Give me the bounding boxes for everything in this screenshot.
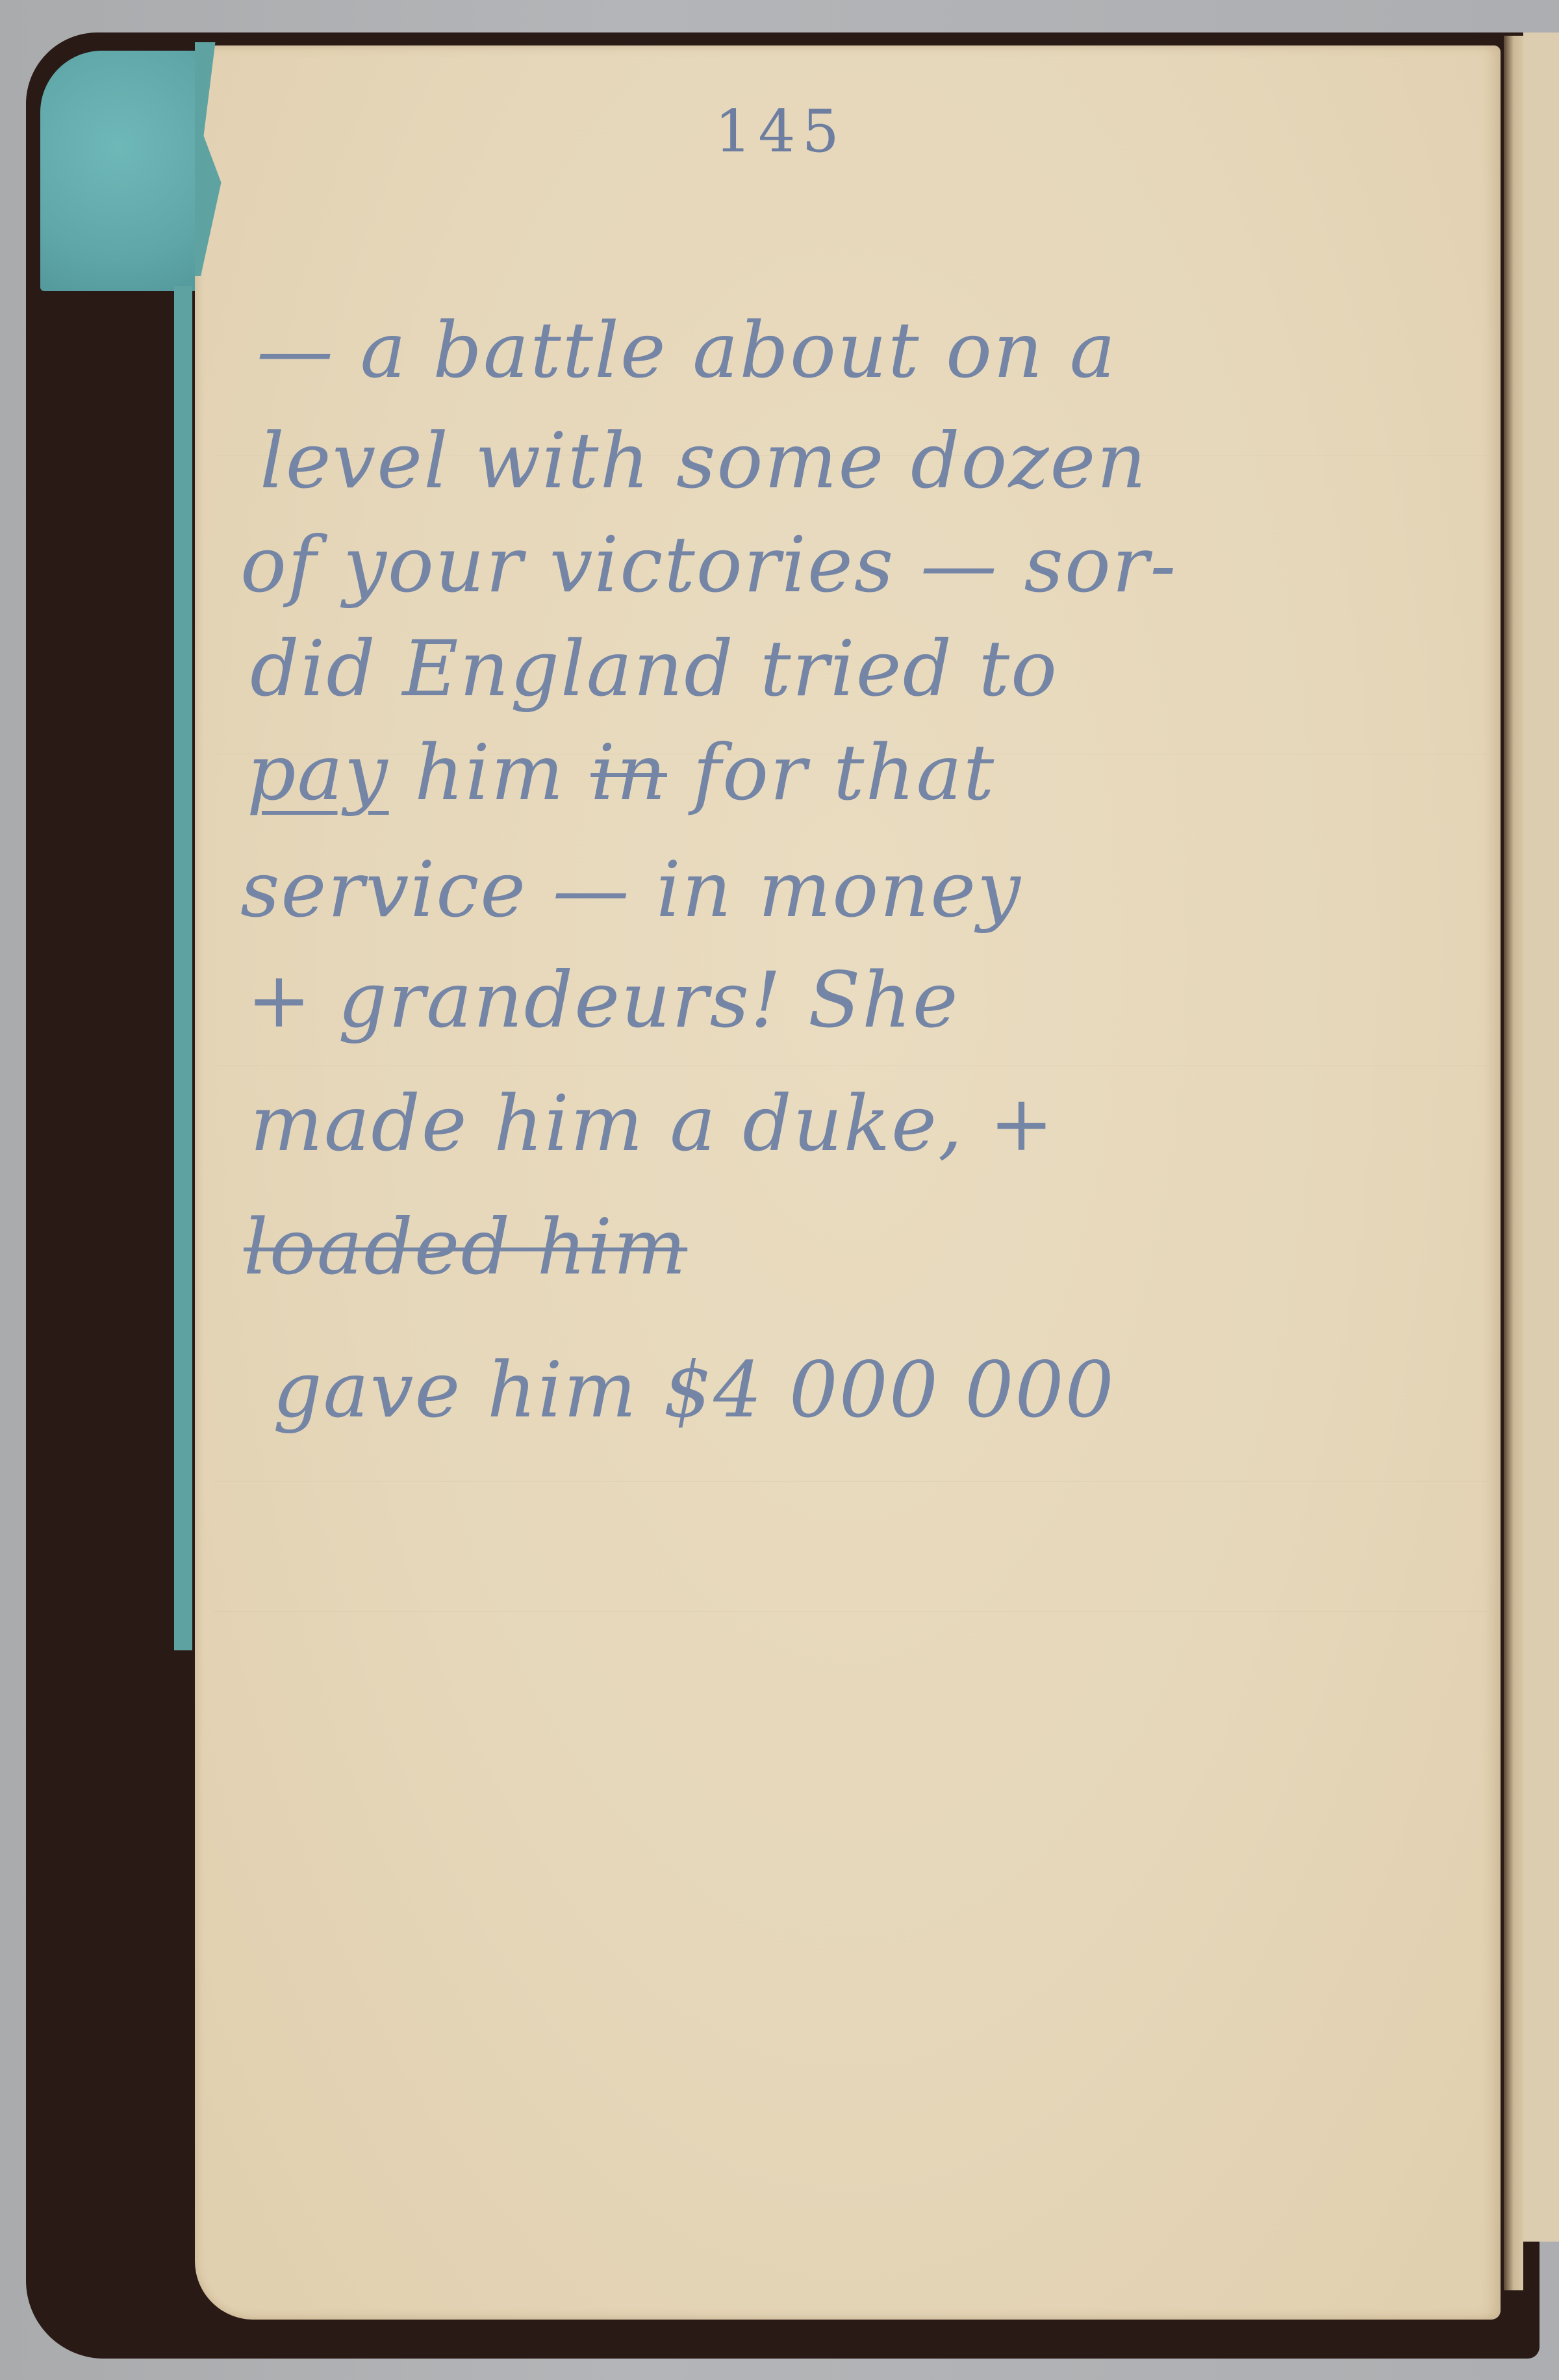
next-page-edge (1523, 32, 1559, 2242)
underlined-word-pay: pay (247, 728, 389, 817)
teal-endpaper-strip (174, 286, 192, 1650)
handwritten-line-6: service — in money (240, 845, 1022, 934)
ruled-line (214, 1611, 1488, 1612)
ruled-line (214, 1481, 1488, 1482)
struck-word-in: in (590, 728, 667, 817)
page-gutter (1504, 36, 1523, 2290)
handwritten-line-3: of your victories — sor- (240, 520, 1177, 609)
handwritten-line-9-struck: loaded him (244, 1202, 687, 1292)
page-number: 145 (715, 97, 846, 166)
handwritten-line-4: did England tried to (250, 624, 1058, 713)
handwritten-line-7: + grandeurs! She (247, 955, 959, 1045)
handwritten-line-2: level with some dozen (260, 416, 1147, 505)
handwritten-line-8: made him a duke, + (250, 1079, 1055, 1168)
text-segment: for that (667, 728, 995, 817)
handwritten-line-1: — a battle about on a (257, 305, 1117, 395)
handwritten-line-5: pay him in for that (247, 728, 995, 817)
text-segment: him (389, 728, 591, 817)
handwritten-line-10: gave him $4 000 000 (273, 1345, 1115, 1435)
ruled-line (214, 1066, 1488, 1066)
